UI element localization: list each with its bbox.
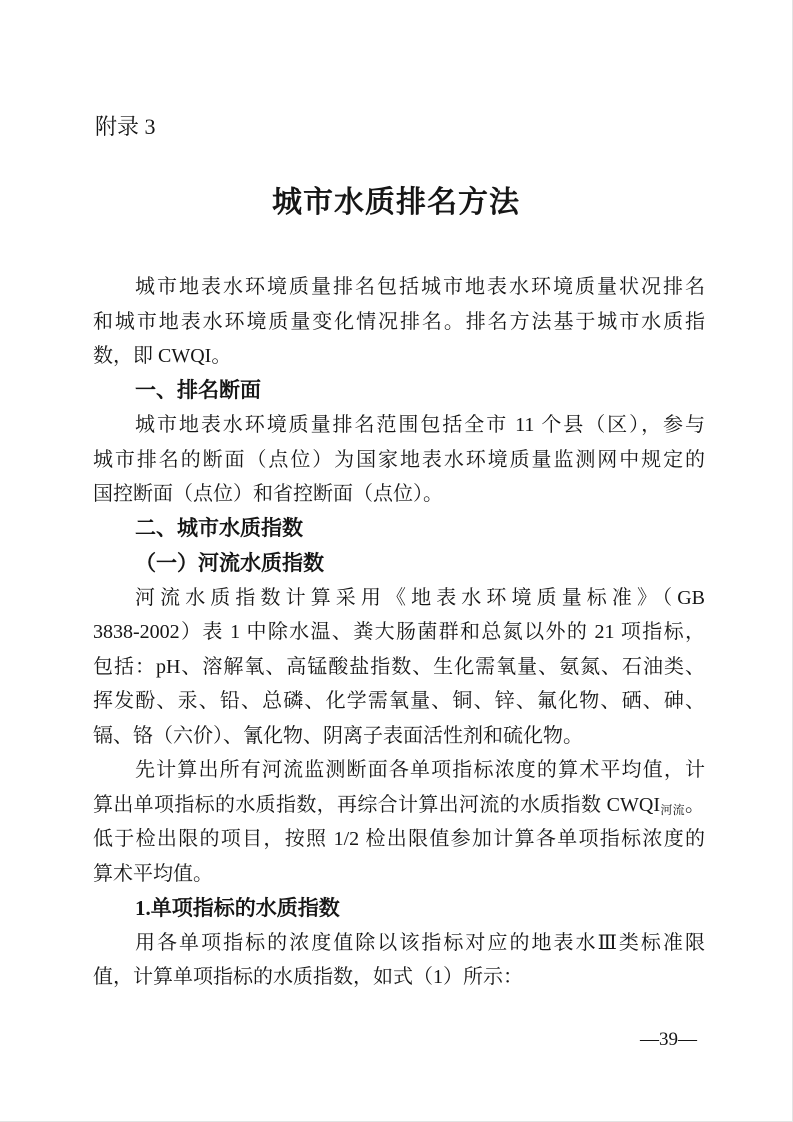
text-line: 城市排名的断面（点位）为国家地表水环境质量监测网中规定的 [93, 443, 705, 478]
numbered-heading: 1.单项指标的水质指数 [93, 891, 705, 926]
text-line: 用各单项指标的浓度值除以该指标对应的地表水Ⅲ类标准限 [93, 926, 705, 961]
text-line: 国控断面（点位）和省控断面（点位）。 [93, 477, 705, 512]
document-page: 附录 3 城市水质排名方法 城市地表水环境质量排名包括城市地表水环境质量状况排名… [0, 0, 793, 1122]
subscript-label: 河流 [660, 803, 685, 817]
text-line: 3838-2002）表 1 中除水温、粪大肠菌群和总氮以外的 21 项指标， [93, 615, 705, 650]
text-line: 包括：pH、溶解氧、高锰酸盐指数、生化需氧量、氨氮、石油类、 [93, 650, 705, 685]
text-line: 先计算出所有河流监测断面各单项指标浓度的算术平均值，计 [93, 753, 705, 788]
text-line: 算术平均值。 [93, 857, 705, 892]
text-segment: 算出单项指标的水质指数，再综合计算出河流的水质指数 CWQI [93, 794, 660, 816]
text-line: 河流水质指数计算采用《地表水环境质量标准》（GB [93, 581, 705, 616]
section-heading-1: 一、排名断面 [93, 374, 705, 409]
text-line: 镉、铬（六价）、氰化物、阴离子表面活性剂和硫化物。 [93, 719, 705, 754]
text-line: 和城市地表水环境质量变化情况排名。排名方法基于城市水质指 [93, 305, 705, 340]
text-line: 城市地表水环境质量排名包括城市地表水环境质量状况排名 [93, 270, 705, 305]
text-line: 数，即 CWQI。 [93, 339, 705, 374]
document-body: 城市地表水环境质量排名包括城市地表水环境质量状况排名 和城市地表水环境质量变化情… [93, 270, 705, 995]
page-number: —39— [640, 1028, 697, 1052]
document-title: 城市水质排名方法 [0, 183, 792, 223]
appendix-label: 附录 3 [95, 112, 156, 142]
section-heading-2: 二、城市水质指数 [93, 512, 705, 547]
text-line: 算出单项指标的水质指数，再综合计算出河流的水质指数 CWQI河流。 [93, 788, 705, 823]
text-line: 城市地表水环境质量排名范围包括全市 11 个县（区），参与 [93, 408, 705, 443]
text-line: 挥发酚、汞、铅、总磷、化学需氧量、铜、锌、氟化物、硒、砷、 [93, 684, 705, 719]
subsection-heading: （一）河流水质指数 [93, 546, 705, 581]
text-line: 值，计算单项指标的水质指数，如式（1）所示： [93, 960, 705, 995]
text-line: 低于检出限的项目，按照 1/2 检出限值参加计算各单项指标浓度的 [93, 822, 705, 857]
text-segment: 。 [685, 794, 705, 816]
